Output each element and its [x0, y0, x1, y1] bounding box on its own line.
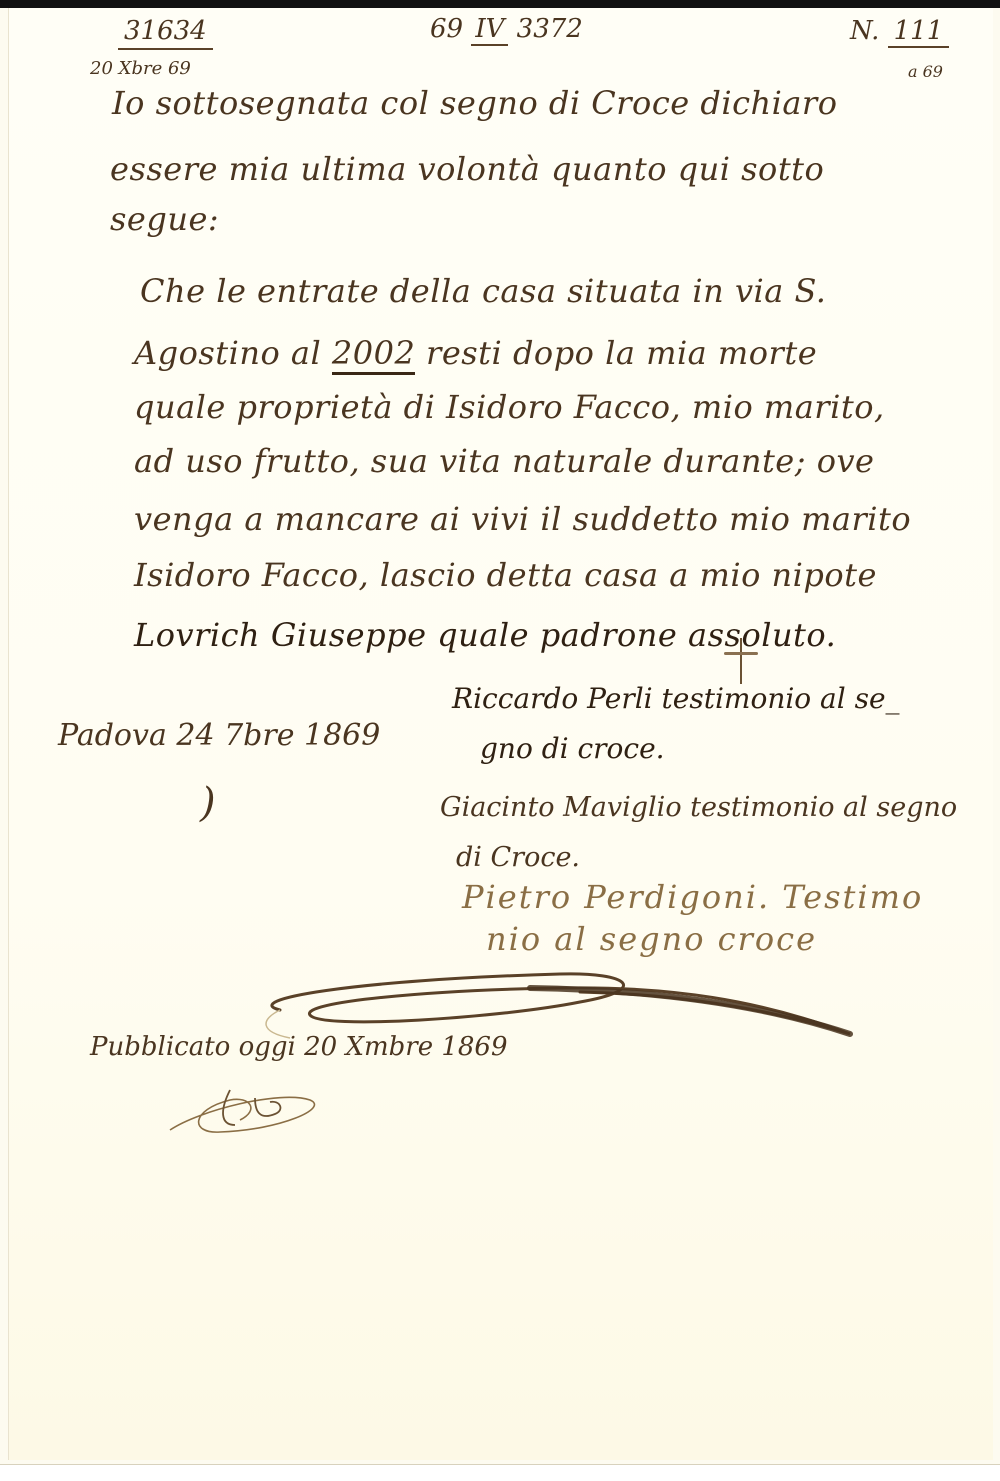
archive-ref-right-sub: a 69 [908, 62, 943, 81]
body-line-5-end: resti dopo la mia morte [426, 334, 817, 372]
witness-3-line-2: nio al segno croce [486, 920, 817, 958]
ref-center-suffix: 3372 [517, 14, 583, 44]
body-line-8: venga a mancare ai vivi il suddetto mio … [134, 500, 911, 538]
witness-1-line-2: gno di croce. [480, 732, 665, 765]
archive-ref-left-date: 20 Xbre 69 [90, 58, 191, 79]
archive-ref-right: N. 111 [850, 16, 949, 46]
archive-ref-left: 31634 [118, 16, 213, 46]
publication-note: Pubblicato oggi 20 Xmbre 1869 [90, 1032, 508, 1062]
bracket-mark: ) [200, 780, 216, 826]
body-line-10: Lovrich Giuseppe quale padrone assoluto. [134, 616, 836, 654]
body-line-2: essere mia ultima volontà quanto qui sot… [110, 150, 824, 188]
body-line-1: Io sottosegnata col segno di Croce dichi… [112, 84, 837, 122]
cross-mark-horizontal [724, 652, 758, 655]
body-line-5: Agostino al 2002 resti dopo la mia morte [134, 334, 817, 372]
body-line-6: quale proprietà di Isidoro Facco, mio ma… [134, 388, 885, 426]
scan-top-edge [0, 0, 1000, 8]
archive-ref-center: 69 IV 3372 [430, 14, 583, 44]
witness-1-line-1: Riccardo Perli testimonio al se_ [452, 682, 900, 715]
ref-center-prefix: 69 [430, 14, 463, 44]
witness-2-line-2: di Croce. [456, 842, 580, 873]
archive-number: 31634 [118, 16, 213, 50]
scan-bottom-edge [0, 1464, 1000, 1481]
ref-center-roman: IV [471, 14, 508, 46]
signature-paraph-icon [160, 1070, 360, 1140]
ref-right-number: 111 [888, 16, 950, 48]
body-line-3: segue: [110, 200, 219, 238]
body-line-7: ad uso frutto, sua vita naturale durante… [134, 442, 874, 480]
cross-mark-vertical [740, 638, 742, 684]
body-line-4: Che le entrate della casa situata in via… [140, 272, 826, 310]
house-number: 2002 [332, 334, 415, 375]
witness-2-line-1: Giacinto Maviglio testimonio al segno [440, 792, 957, 823]
body-line-9: Isidoro Facco, lascio detta casa a mio n… [134, 556, 877, 594]
ref-right-prefix: N. [850, 16, 879, 46]
witness-3-line-1: Pietro Perdigoni. Testimo [462, 878, 923, 916]
place-date: Padova 24 7bre 1869 [58, 718, 380, 753]
body-line-5-start: Agostino al [134, 334, 321, 372]
